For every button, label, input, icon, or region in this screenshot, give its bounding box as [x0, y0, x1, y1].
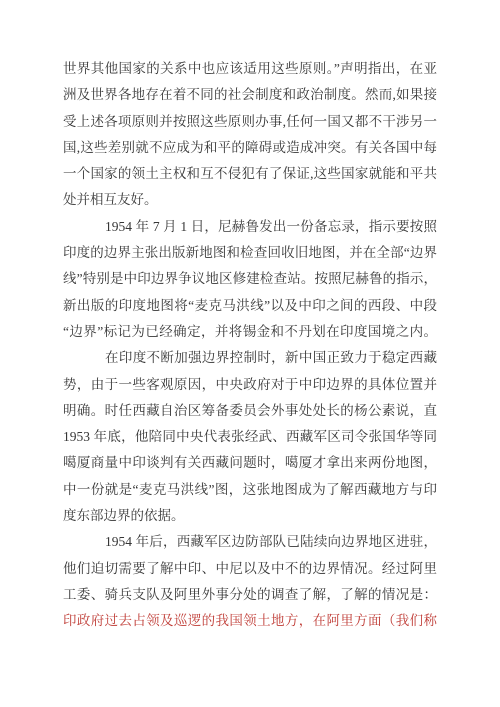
body-text: 一个国家的领土主权和互不侵犯有了保证,这些国家就能和平共 [63, 166, 437, 181]
document-line: 1954 年 7 月 1 日，尼赫鲁发出一份备忘录，指示要按照 [63, 214, 437, 240]
document-line: 势，由于一些客观原因，中央政府对于中印边界的具体位置并不 [63, 372, 437, 398]
document-line: 受上述各项原则并按照这些原则办事,任何一国又都不干涉另一 [63, 109, 437, 135]
document-line: 一个国家的领土主权和互不侵犯有了保证,这些国家就能和平共 [63, 161, 437, 187]
document-line: 1954 年后，西藏军区边防部队已陆续向边界地区进驻， [63, 529, 437, 555]
body-text: 世界其他国家的关系中也应该适用这些原则。”声明指出，在亚 [63, 61, 437, 76]
document-line: 他们迫切需要了解中印、中尼以及中不的边界情况。经过阿里分 [63, 556, 437, 582]
body-text: 他们迫切需要了解中印、中尼以及中不的边界情况。经过阿里分 [63, 561, 437, 582]
body-text: 明确。时任西藏自治区筹备委员会外事处处长的杨公素说，直到 [63, 403, 437, 424]
document-line: 处并相互友好。 [63, 187, 437, 213]
document-line: 明确。时任西藏自治区筹备委员会外事处处长的杨公素说，直到 [63, 398, 437, 424]
body-text: 1954 年后，西藏军区边防部队已陆续向边界地区进驻， [105, 534, 437, 549]
body-text: 度东部边界的依据。 [63, 508, 185, 523]
document-text: 世界其他国家的关系中也应该适用这些原则。”声明指出，在亚洲及世界各地存在着不同的… [63, 56, 437, 635]
document-line: 印度的边界主张出版新地图和检查回收旧地图，并在全部“边界 [63, 240, 437, 266]
document-line: 噶厦商量中印谈判有关西藏问题时，噶厦才拿出来两份地图，其 [63, 450, 437, 476]
document-line: 世界其他国家的关系中也应该适用这些原则。”声明指出，在亚 [63, 56, 437, 82]
document-line: “边界”标记为已经确定，并将锡金和不丹划在印度国境之内。 [63, 319, 437, 345]
document-line: 度东部边界的依据。 [63, 503, 437, 529]
body-text: 1954 年 7 月 1 日，尼赫鲁发出一份备忘录，指示要按照 [105, 219, 437, 234]
body-text: 新出版的印度地图将“麦克马洪线”以及中印之间的西段、中段 [63, 298, 437, 313]
body-text: 势，由于一些客观原因，中央政府对于中印边界的具体位置并不 [63, 377, 437, 398]
body-text: 1953 年底，他陪同中央代表张经武、西藏军区司令张国华等同 [63, 429, 437, 444]
body-text: 洲及世界各地存在着不同的社会制度和政治制度。然而,如果接 [63, 87, 437, 102]
body-text: 国,这些差别就不应成为和平的障碍或造成冲突。有关各国中每 [63, 140, 437, 155]
document-line: 印政府过去占领及巡逻的我国领土地方，在阿里方面（我们称为 [63, 608, 437, 634]
body-text: 受上述各项原则并按照这些原则办事,任何一国又都不干涉另一 [63, 114, 437, 129]
body-text: 线”特别是中印边界争议地区修建检查站。按照尼赫鲁的指示， [63, 271, 437, 286]
document-line: 洲及世界各地存在着不同的社会制度和政治制度。然而,如果接 [63, 82, 437, 108]
body-text: 中一份就是“麦克马洪线”图，这张地图成为了解西藏地方与印 [63, 482, 437, 497]
document-line: 线”特别是中印边界争议地区修建检查站。按照尼赫鲁的指示， [63, 266, 437, 292]
highlighted-text: 印政府过去占领及巡逻的我国领土地方，在阿里方面（我们称为 [63, 613, 437, 634]
document-line: 中一份就是“麦克马洪线”图，这张地图成为了解西藏地方与印 [63, 477, 437, 503]
body-text: 噶厦商量中印谈判有关西藏问题时，噶厦才拿出来两份地图，其 [63, 455, 437, 476]
document-line: 工委、骑兵支队及阿里外事分处的调查了解，了解的情况是：“英 [63, 582, 437, 608]
document-line: 国,这些差别就不应成为和平的障碍或造成冲突。有关各国中每 [63, 135, 437, 161]
document-line: 在印度不断加强边界控制时，新中国正致力于稳定西藏局 [63, 345, 437, 371]
body-text: 印度的边界主张出版新地图和检查回收旧地图，并在全部“边界 [63, 245, 437, 260]
body-text: 处并相互友好。 [63, 192, 158, 207]
document-line: 1953 年底，他陪同中央代表张经武、西藏军区司令张国华等同 [63, 424, 437, 450]
body-text: “边界”标记为已经确定，并将锡金和不丹划在印度国境之内。 [63, 324, 437, 339]
body-text: 工委、骑兵支队及阿里外事分处的调查了解，了解的情况是： [63, 587, 437, 602]
document-page: 世界其他国家的关系中也应该适用这些原则。”声明指出，在亚洲及世界各地存在着不同的… [0, 0, 500, 707]
document-line: 新出版的印度地图将“麦克马洪线”以及中印之间的西段、中段 [63, 293, 437, 319]
body-text: 在印度不断加强边界控制时，新中国正致力于稳定西藏局 [105, 350, 437, 371]
